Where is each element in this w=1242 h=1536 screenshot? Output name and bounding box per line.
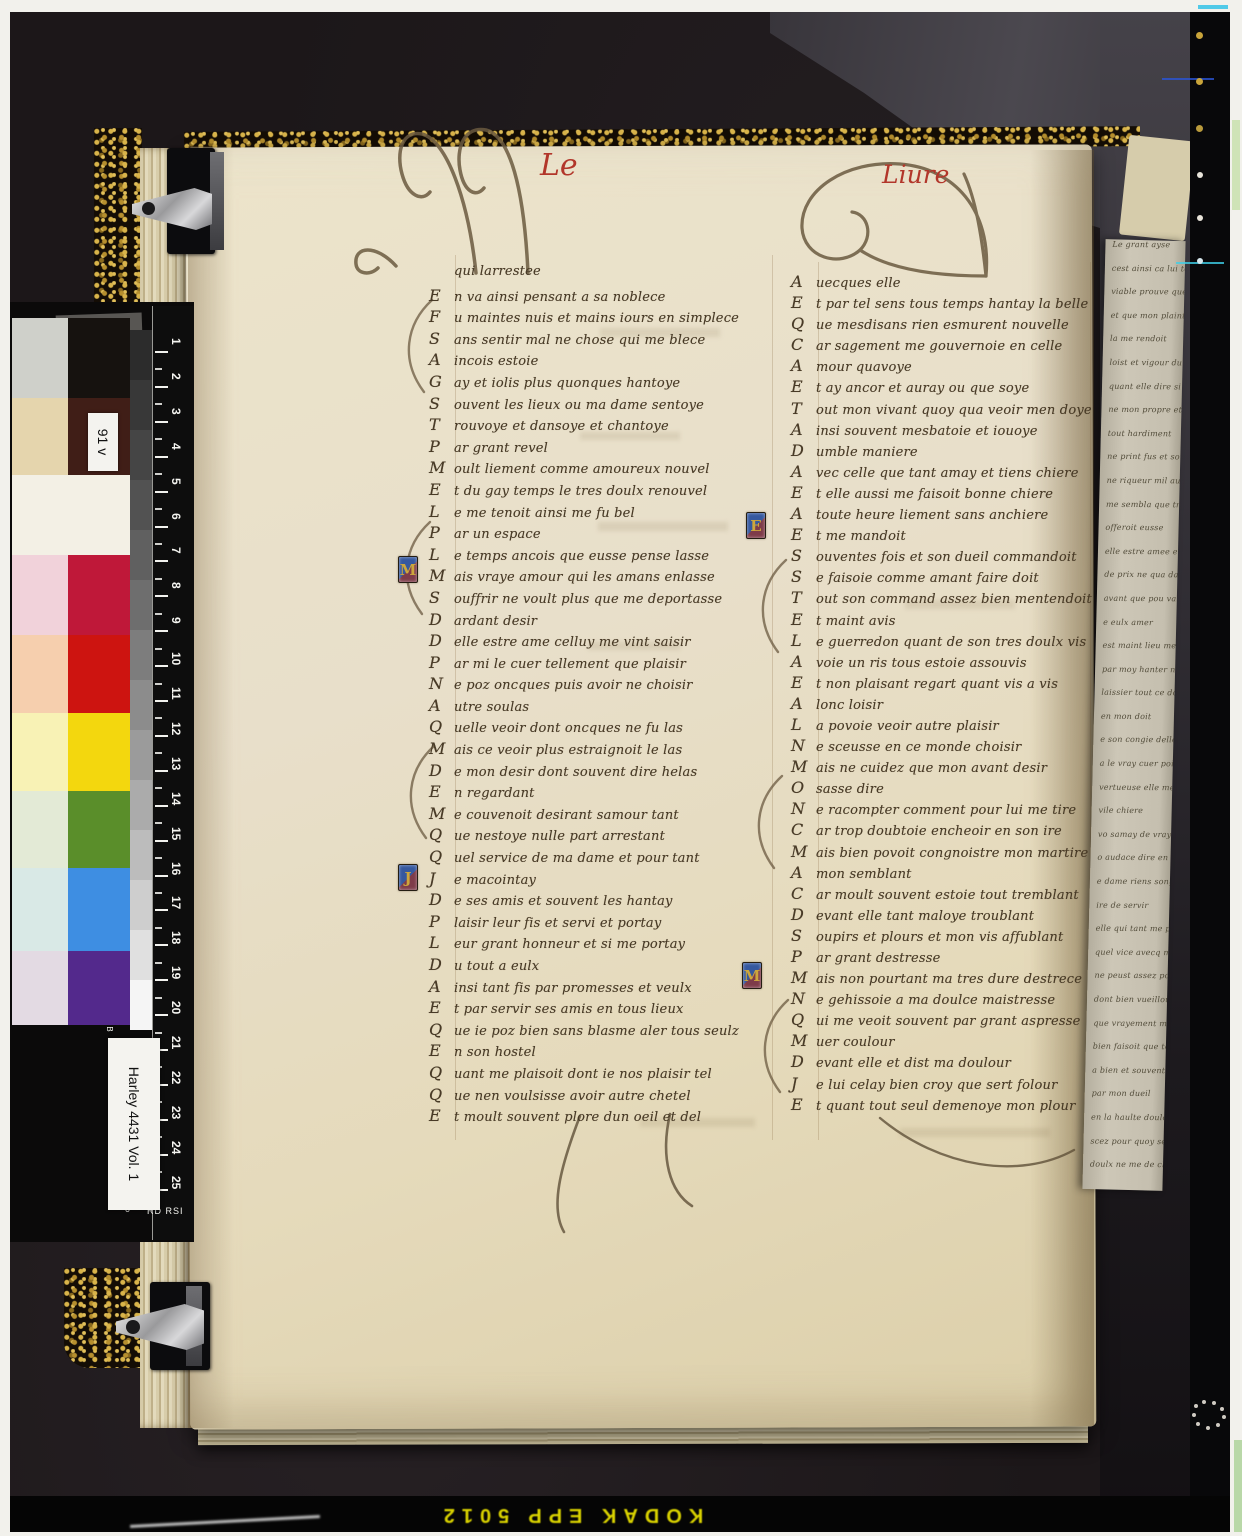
- line-initial: D: [790, 905, 816, 924]
- line-initial: M: [790, 1031, 816, 1050]
- ruler-number: 19: [169, 966, 183, 996]
- line-initial: E: [428, 480, 454, 499]
- ruler-tick-major: [155, 560, 168, 562]
- line-text: e poz oncques puis avoir ne choisir: [454, 678, 693, 693]
- manuscript-line: Qui me veoit souvent par grant aspresse: [790, 1010, 1120, 1031]
- color-patch-right: [68, 713, 130, 791]
- manuscript-line: Et ay ancor et auray ou que soye: [790, 377, 1120, 398]
- ruler-number: 14: [169, 792, 183, 822]
- fore-edge-fragment: doulx ne me de ch: [1083, 1160, 1163, 1184]
- line-initial: O: [790, 778, 816, 797]
- frame-green-tint: [1232, 120, 1240, 210]
- manuscript-line: Plaisir leur fis et servi et portay: [428, 912, 788, 934]
- line-initial: D: [428, 761, 454, 780]
- manuscript-line: Trouvoye et dansoye et chantoye: [428, 415, 788, 437]
- color-patch-row: [12, 951, 130, 1025]
- line-initial: S: [790, 567, 816, 586]
- line-initial: C: [790, 884, 816, 903]
- text-column-right: Auecques elleEt par tel sens tous temps …: [790, 272, 1120, 1116]
- ruler-tick-major: [155, 840, 168, 842]
- line-text: t par servir ses amis en tous lieux: [454, 1002, 684, 1017]
- line-initial: J: [790, 1074, 816, 1093]
- line-initial: E: [428, 782, 454, 801]
- manuscript-photo-stage: Le Liure: [0, 0, 1242, 1536]
- line-initial: P: [790, 947, 816, 966]
- ruler-tick-minor: [155, 822, 162, 824]
- ruler-tick-minor: [155, 962, 162, 964]
- manuscript-line: Car sagement me gouvernoie en celle: [790, 335, 1120, 356]
- ruler-tick-major: [155, 526, 168, 528]
- line-text: ouffrir ne voult plus que me deportasse: [454, 592, 722, 607]
- line-text: u maintes nuis et mains iours en simplec…: [454, 311, 739, 326]
- manuscript-line: Devant elle tant maloye troublant: [790, 905, 1120, 926]
- line-initial: N: [790, 736, 816, 755]
- manuscript-line: Devant elle et dist ma doulour: [790, 1052, 1120, 1073]
- line-initial: E: [790, 610, 816, 629]
- manuscript-line: Se faisoie comme amant faire doit: [790, 567, 1120, 588]
- manuscript-line: Amour quavoye: [790, 356, 1120, 377]
- line-initial: E: [428, 286, 454, 305]
- line-text: utre soulas: [454, 700, 529, 715]
- manuscript-line: Que nen voulsisse avoir autre chetel: [428, 1085, 788, 1107]
- ruler-number: 21: [169, 1036, 183, 1066]
- manuscript-line: Mais vraye amour qui les amans enlasse: [428, 566, 788, 588]
- manuscript-line: Et maint avis: [790, 610, 1120, 631]
- ruler-tick-minor: [155, 717, 162, 719]
- line-text: t du gay temps le tres doulx renouvel: [454, 484, 707, 499]
- line-initial: P: [428, 437, 454, 456]
- ruler-number: 8: [169, 582, 183, 612]
- ruler-tick-minor: [155, 438, 162, 440]
- line-initial: S: [428, 329, 454, 348]
- color-patch-row: [12, 713, 130, 791]
- color-patch-row: [12, 868, 130, 951]
- color-patch-left: [12, 635, 68, 713]
- line-text: ue nen voulsisse avoir autre chetel: [454, 1089, 691, 1104]
- ruler-tick-major: [155, 944, 168, 946]
- color-patch-right: [68, 791, 130, 868]
- line-text: e couvenoit desirant samour tant: [454, 808, 679, 823]
- manuscript-line: Muer coulour: [790, 1031, 1120, 1052]
- ruler-tick-minor: [155, 368, 162, 370]
- line-text: e mon desir dont souvent dire helas: [454, 765, 697, 780]
- line-initial: E: [790, 1095, 816, 1114]
- grayscale-step: [130, 780, 152, 830]
- line-initial: M: [790, 968, 816, 987]
- color-patch-right: [68, 555, 130, 635]
- line-text: uecques elle: [816, 276, 901, 291]
- ruler-number: 12: [169, 722, 183, 752]
- color-patch-right: [68, 318, 130, 398]
- line-initial: A: [428, 696, 454, 715]
- line-text: uer coulour: [816, 1035, 895, 1050]
- manuscript-line: Aincois estoie: [428, 350, 788, 372]
- line-text: e ses amis et souvent les hantay: [454, 894, 673, 909]
- manuscript-line: Et elle aussi me faisoit bonne chiere: [790, 483, 1120, 504]
- film-registration-dot: [1197, 215, 1203, 221]
- manuscript-line: Ne poz oncques puis avoir ne choisir: [428, 674, 788, 696]
- gutter-shadow: [188, 146, 234, 1428]
- line-text: ui me veoit souvent par grant aspresse: [816, 1014, 1081, 1029]
- line-text: incois estoie: [454, 354, 538, 369]
- ruler-number: 7: [169, 547, 183, 577]
- line-text: e gehissoie a ma doulce maistresse: [816, 993, 1055, 1008]
- line-text: elle estre ame celluy me vint saisir: [454, 635, 691, 650]
- manuscript-line: Ainsi tant fis par promesses et veulx: [428, 977, 788, 999]
- manuscript-line: Ainsi souvent mesbatoie et iouoye: [790, 420, 1120, 441]
- photo-background-felt: Le Liure: [0, 0, 1242, 1536]
- line-initial: Q: [428, 847, 454, 866]
- ruler-number: 16: [169, 862, 183, 892]
- manuscript-line: Amon semblant: [790, 863, 1120, 884]
- ruler-tick-minor: [155, 648, 162, 650]
- ruler-tick-major: [155, 665, 168, 667]
- ruler-tick-minor: [155, 857, 162, 859]
- manuscript-line: Fu maintes nuis et mains iours en simple…: [428, 307, 788, 329]
- line-initial: N: [790, 799, 816, 818]
- line-text: ais bien povoit congnoistre mon martire: [816, 846, 1088, 861]
- line-text: ue mesdisans rien esmurent nouvelle: [816, 318, 1069, 333]
- line-initial: M: [428, 804, 454, 823]
- line-initial: L: [428, 502, 454, 521]
- line-text: ais vraye amour qui les amans enlasse: [454, 570, 715, 585]
- line-text: uant me plaisoit dont ie nos plaisir tel: [454, 1067, 712, 1082]
- manuscript-line: Car trop doubtoie encheoir en son ire: [790, 820, 1120, 841]
- line-text: ar moult souvent estoie tout tremblant: [816, 888, 1079, 903]
- line-initial: P: [428, 523, 454, 542]
- ruler-number: 2: [169, 373, 183, 403]
- manuscript-line: Avec celle que tant amay et tiens chiere: [790, 462, 1120, 483]
- shelfmark-label: Harley 4431 Vol. 1: [108, 1038, 160, 1210]
- ruler-tick-minor: [155, 613, 162, 615]
- ruler-tick-minor: [155, 892, 162, 894]
- line-text: t ay ancor et auray ou que soye: [816, 381, 1029, 396]
- manuscript-line: Soupirs et plours et mon vis affublant: [790, 926, 1120, 947]
- line-text: ar un espace: [454, 527, 541, 542]
- manuscript-line: Et par tel sens tous temps hantay la bel…: [790, 293, 1120, 314]
- manuscript-line: De mon desir dont souvent dire helas: [428, 761, 788, 783]
- line-initial: A: [790, 272, 816, 291]
- line-text: t non plaisant regart quant vis a vis: [816, 677, 1058, 692]
- line-text: e sceusse en ce monde choisir: [816, 740, 1021, 755]
- page-corner-wedge: [1119, 135, 1195, 241]
- line-initial: M: [428, 458, 454, 477]
- ruler-number: 24: [169, 1141, 183, 1171]
- fore-edge-fragment: scez pour quoy se chang: [1083, 1136, 1163, 1160]
- manuscript-line: Par un espace: [428, 523, 788, 545]
- ruler-number: 10: [169, 652, 183, 682]
- ruler-tick-minor: [155, 787, 162, 789]
- color-patch-right: [68, 868, 130, 951]
- line-text: t me mandoit: [816, 529, 906, 544]
- manuscript-line: Sans sentir mal ne chose qui me blece: [428, 329, 788, 351]
- line-text: sasse dire: [816, 782, 884, 797]
- line-initial: L: [428, 545, 454, 564]
- line-initial: C: [790, 820, 816, 839]
- manuscript-line: Que ie poz bien sans blasme aler tous se…: [428, 1020, 788, 1042]
- line-initial: L: [790, 631, 816, 650]
- line-text: ardant desir: [454, 614, 537, 629]
- folio-number-label: 91 v: [88, 413, 118, 471]
- line-text: voie un ris tous estoie assouvis: [816, 656, 1027, 671]
- line-initial: E: [790, 293, 816, 312]
- line-text: ans sentir mal ne chose qui me blece: [454, 333, 705, 348]
- manuscript-line: Et non plaisant regart quant vis a vis: [790, 673, 1120, 694]
- line-text: ais ce veoir plus estraignoit le las: [454, 743, 682, 758]
- line-text: e lui celay bien croy que sert folour: [816, 1078, 1058, 1093]
- ruler-b-mark: B: [104, 1022, 118, 1032]
- running-header-right: Liure: [882, 160, 949, 189]
- line-text: evant elle et dist ma doulour: [816, 1056, 1011, 1071]
- manuscript-line: Le temps ancois que eusse pense lasse: [428, 545, 788, 567]
- film-cyan-dash: [1198, 5, 1228, 9]
- line-text: n va ainsi pensant a sa noblece: [454, 290, 666, 305]
- line-text: e macointay: [454, 873, 536, 888]
- line-initial: S: [428, 588, 454, 607]
- line-text: oult liement comme amoureux nouvel: [454, 462, 710, 477]
- ruler-tick-major: [155, 700, 168, 702]
- line-initial: D: [428, 610, 454, 629]
- text-column-left: qui larresteeEn va ainsi pensant a sa no…: [428, 264, 788, 1128]
- color-patch-right: [68, 635, 130, 713]
- line-text: insi tant fis par promesses et veulx: [454, 981, 692, 996]
- manuscript-line: Ne gehissoie a ma doulce maistresse: [790, 989, 1120, 1010]
- ruler-tick-major: [155, 979, 168, 981]
- manuscript-line: Le me tenoit ainsi me fu bel: [428, 502, 788, 524]
- ruler-tick-minor: [155, 1032, 162, 1034]
- line-initial: T: [428, 415, 454, 434]
- line-initial: S: [790, 926, 816, 945]
- line-text: evant elle tant maloye troublant: [816, 909, 1034, 924]
- line-initial: Q: [790, 1010, 816, 1029]
- line-initial: A: [428, 350, 454, 369]
- manuscript-line: Mais bien povoit congnoistre mon martire: [790, 842, 1120, 863]
- line-text: mour quavoye: [816, 360, 912, 375]
- manuscript-line: Que mesdisans rien esmurent nouvelle: [790, 314, 1120, 335]
- line-text: ais non pourtant ma tres dure destrece: [816, 972, 1082, 987]
- manuscript-line: Mais non pourtant ma tres dure destrece: [790, 968, 1120, 989]
- line-text: ouvent les lieux ou ma dame sentoye: [454, 398, 704, 413]
- line-initial: A: [790, 504, 816, 523]
- illuminated-initial: M: [742, 962, 762, 989]
- film-bottom-strip: KODAK EPP 5012: [10, 1496, 1230, 1532]
- line-text: ouventes fois et son dueil commandoit: [816, 550, 1077, 565]
- manuscript-line: Et me mandoit: [790, 525, 1120, 546]
- line-initial: S: [790, 546, 816, 565]
- ruler-number: 22: [169, 1071, 183, 1101]
- line-initial: A: [790, 652, 816, 671]
- line-initial: D: [428, 955, 454, 974]
- line-text: ar trop doubtoie encheoir en son ire: [816, 824, 1062, 839]
- manuscript-line: Mais ce veoir plus estraignoit le las: [428, 739, 788, 761]
- manuscript-line: Et du gay temps le tres doulx renouvel: [428, 480, 788, 502]
- film-registration-dot: [1196, 125, 1203, 132]
- color-patch-left: [12, 555, 68, 635]
- line-text: vec celle que tant amay et tiens chiere: [816, 466, 1079, 481]
- line-initial: D: [428, 631, 454, 650]
- illuminated-initial: M: [398, 556, 418, 583]
- grayscale-step: [130, 580, 152, 630]
- line-text: rouvoye et dansoye et chantoye: [454, 419, 669, 434]
- line-initial: Q: [428, 717, 454, 736]
- manuscript-line: Avoie un ris tous estoie assouvis: [790, 652, 1120, 673]
- grayscale-step: [130, 930, 152, 980]
- film-edge-strip: [1190, 0, 1230, 1536]
- manuscript-line: En regardant: [428, 782, 788, 804]
- color-patch-white-block: [12, 475, 130, 555]
- line-initial: S: [428, 394, 454, 413]
- line-initial: L: [790, 715, 816, 734]
- manuscript-line: Alonc loisir: [790, 694, 1120, 715]
- line-text: e guerredon quant de son tres doulx vis: [816, 635, 1086, 650]
- line-initial: E: [790, 673, 816, 692]
- grayscale-step: [130, 530, 152, 580]
- film-brand-marking: KODAK EPP 5012: [300, 1500, 840, 1526]
- manuscript-line: Du tout a eulx: [428, 955, 788, 977]
- ruler-tick-major: [155, 875, 168, 877]
- grayscale-strip: [130, 330, 152, 1030]
- manuscript-line: Quel service de ma dame et pour tant: [428, 847, 788, 869]
- ruler-tick-minor: [155, 403, 162, 405]
- line-initial: T: [790, 588, 816, 607]
- line-initial: Q: [428, 1085, 454, 1104]
- ruler-tick-major: [155, 491, 168, 493]
- ruler-tick-minor: [155, 508, 162, 510]
- cadel-flourish-right: [742, 152, 1012, 282]
- cadel-flourish-left: [330, 118, 540, 278]
- line-initial: G: [428, 372, 454, 391]
- manuscript-line: qui larrestee: [428, 264, 788, 286]
- line-initial: Q: [428, 1063, 454, 1082]
- ruler-number: 4: [169, 443, 183, 473]
- line-text: lonc loisir: [816, 698, 883, 713]
- line-initial: M: [428, 739, 454, 758]
- line-initial: T: [790, 399, 816, 418]
- manuscript-line: Car moult souvent estoie tout tremblant: [790, 884, 1120, 905]
- line-initial: A: [790, 694, 816, 713]
- line-initial: D: [428, 890, 454, 909]
- line-text: t par tel sens tous temps hantay la bell…: [816, 297, 1088, 312]
- line-text: ar grant revel: [454, 441, 548, 456]
- manuscript-line: Par grant revel: [428, 437, 788, 459]
- ruler-tick-major: [155, 805, 168, 807]
- ruler-number: 23: [169, 1106, 183, 1136]
- line-text: ay et iolis plus quonques hantoye: [454, 376, 680, 391]
- frame-top: [0, 0, 1242, 12]
- line-initial: A: [790, 356, 816, 375]
- line-text: ais ne cuidez que mon avant desir: [816, 761, 1047, 776]
- manuscript-line: Quant me plaisoit dont ie nos plaisir te…: [428, 1063, 788, 1085]
- line-initial: N: [428, 674, 454, 693]
- manuscript-line: Par mi le cuer tellement que plaisir: [428, 653, 788, 675]
- line-text: e racompter comment pour lui me tire: [816, 803, 1076, 818]
- color-patch-left: [12, 791, 68, 868]
- grayscale-step: [130, 430, 152, 480]
- ruler-number: 13: [169, 757, 183, 787]
- manuscript-line: Leur grant honneur et si me portay: [428, 933, 788, 955]
- line-text: u tout a eulx: [454, 959, 539, 974]
- line-text: toute heure liement sans anchiere: [816, 508, 1048, 523]
- line-initial: E: [790, 525, 816, 544]
- manuscript-line: Dardant desir: [428, 610, 788, 632]
- manuscript-line: Me couvenoit desirant samour tant: [428, 804, 788, 826]
- line-initial: P: [428, 912, 454, 931]
- ruler-number: 9: [169, 617, 183, 647]
- film-scratch: [130, 1515, 320, 1528]
- frame-right: [1230, 0, 1242, 1536]
- ruler-number: 3: [169, 408, 183, 438]
- line-initial: J: [428, 869, 454, 888]
- line-text: mon semblant: [816, 867, 912, 882]
- ruler-tick-major: [155, 421, 168, 423]
- line-initial: Q: [790, 314, 816, 333]
- ruler-tick-minor: [155, 927, 162, 929]
- manuscript-line: Osasse dire: [790, 778, 1120, 799]
- line-initial: M: [790, 842, 816, 861]
- film-registration-dot: [1197, 172, 1203, 178]
- line-text: e me tenoit ainsi me fu bel: [454, 506, 635, 521]
- ruler-tick-minor: [155, 578, 162, 580]
- grayscale-step: [130, 680, 152, 730]
- line-initial: A: [790, 420, 816, 439]
- ruler-tick-major: [155, 735, 168, 737]
- grayscale-step: [130, 880, 152, 930]
- descender-flourish-right: [860, 1108, 1090, 1208]
- grayscale-step: [130, 980, 152, 1030]
- line-text: umble maniere: [816, 445, 918, 460]
- manuscript-line: Souvent les lieux ou ma dame sentoye: [428, 394, 788, 416]
- line-text: t moult souvent plore dun oeil et del: [454, 1110, 701, 1125]
- line-initial: Q: [428, 1020, 454, 1039]
- manuscript-line: Auecques elle: [790, 272, 1120, 293]
- color-patch-left: [12, 318, 68, 398]
- manuscript-line: Gay et iolis plus quonques hantoye: [428, 372, 788, 394]
- ruler-number: 18: [169, 931, 183, 961]
- manuscript-line: De ses amis et souvent les hantay: [428, 890, 788, 912]
- line-text: ar grant destresse: [816, 951, 941, 966]
- manuscript-line: Quelle veoir dont oncques ne fu las: [428, 717, 788, 739]
- ruler-tick-major: [155, 770, 168, 772]
- film-blue-line: [1162, 78, 1214, 80]
- ruler-tick-minor: [155, 473, 162, 475]
- ruler-number: 1: [169, 338, 183, 368]
- line-text: e temps ancois que eusse pense lasse: [454, 549, 709, 564]
- manuscript-line: Que nestoye nulle part arrestant: [428, 825, 788, 847]
- ruler-tick-minor: [155, 752, 162, 754]
- line-initial: E: [428, 1041, 454, 1060]
- manuscript-line: Et quant tout seul demenoye mon plour: [790, 1095, 1120, 1116]
- manuscript-line: Delle estre ame celluy me vint saisir: [428, 631, 788, 653]
- manuscript-line: En son hostel: [428, 1041, 788, 1063]
- line-text: qui larrestee: [454, 264, 541, 279]
- line-text: ar mi le cuer tellement que plaisir: [454, 657, 686, 672]
- line-initial: E: [428, 1106, 454, 1125]
- line-initial: F: [428, 307, 454, 326]
- manuscript-line: Tout mon vivant quoy qua veoir men doye: [790, 399, 1120, 420]
- fore-edge-fragment: Le grant ayse: [1105, 240, 1185, 264]
- line-initial: E: [790, 377, 816, 396]
- line-initial: D: [790, 1052, 816, 1071]
- manuscript-line: La povoie veoir autre plaisir: [790, 715, 1120, 736]
- ruler-tick-major: [155, 1014, 168, 1016]
- color-patch-row: [12, 635, 130, 713]
- color-patch-row: [12, 318, 130, 398]
- color-patch-right: [68, 951, 130, 1025]
- line-initial: L: [428, 933, 454, 952]
- grayscale-step: [130, 380, 152, 430]
- manuscript-line: Je lui celay bien croy que sert folour: [790, 1074, 1120, 1095]
- ruler-number: 17: [169, 896, 183, 926]
